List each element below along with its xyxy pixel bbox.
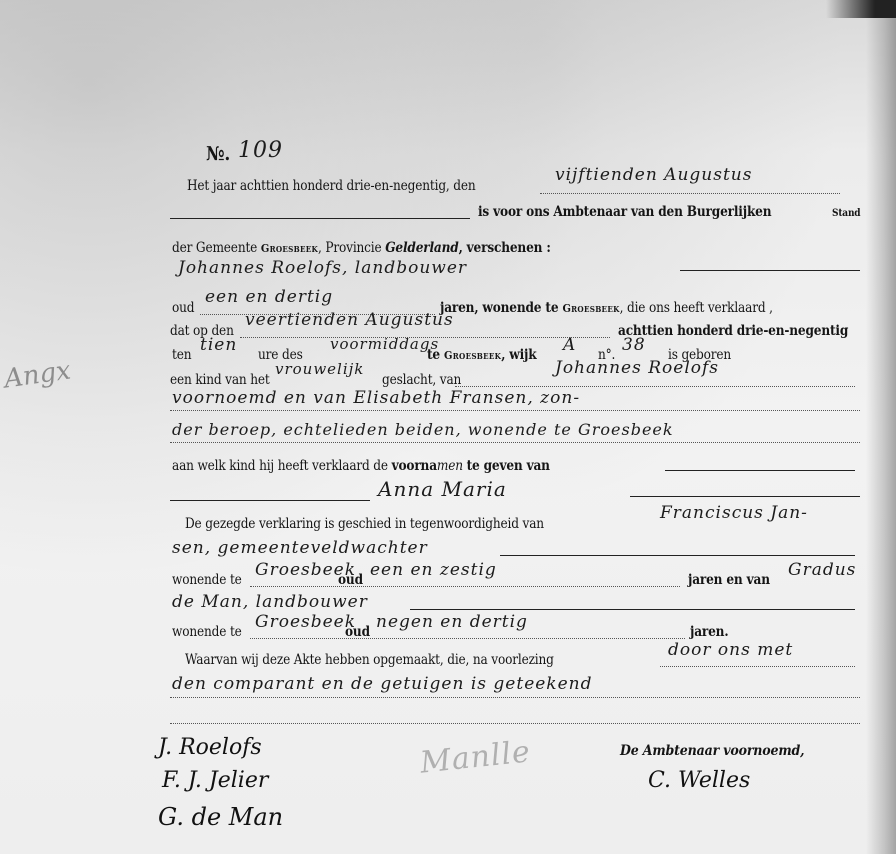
line16-dotted <box>250 638 685 639</box>
line9-dotted <box>170 410 860 411</box>
declarant-residence: Groesbeek <box>562 302 619 315</box>
line2-printed: is voor ons Ambtenaar van den Burgerlijk… <box>478 204 771 220</box>
oud-label: oud <box>172 300 194 316</box>
signature-official: C. Welles <box>648 768 750 793</box>
line7-te: te Groesbeek, wijk <box>427 347 536 363</box>
verklaard-de-label: aan welk kind hij heeft verklaard de <box>172 458 388 474</box>
te-label: te <box>427 347 440 363</box>
verklaring-label: De gezegde verklaring is geschied in teg… <box>185 516 544 532</box>
geslacht-label: geslacht, van <box>382 372 461 388</box>
line10-rule <box>665 470 855 471</box>
closing-handwritten-a: door ons met <box>668 640 793 660</box>
act-number-value: 109 <box>238 138 283 163</box>
birth-place: Groesbeek <box>444 349 501 362</box>
line1-dotted-field <box>540 193 840 194</box>
voornamen-suffix: men <box>437 458 463 474</box>
line19-dotted <box>170 723 860 724</box>
page-corner-shadow <box>826 0 896 18</box>
witness2-name-b: de Man, landbouwer <box>172 592 368 612</box>
provincie-label: , Provincie <box>318 240 382 256</box>
line5-printed: jaren, wonende te Groesbeek, die ons hee… <box>440 300 773 316</box>
line17-dotted <box>660 666 855 667</box>
signature-witness2: G. de Man <box>158 803 283 831</box>
jaren-wonende-label: jaren, wonende te <box>440 300 558 316</box>
gemeente-label: der Gemeente <box>172 240 257 256</box>
line8-dotted <box>455 386 855 387</box>
jaren-en-van-label: jaren en van <box>688 572 770 588</box>
wonende-te-label-1: wonende te <box>172 572 242 588</box>
line2-stand: Stand <box>832 208 860 219</box>
closing-handwritten-b: den comparant en de getuigen is geteeken… <box>172 674 593 694</box>
municipality: Groesbeek <box>261 242 318 255</box>
witness2-age: negen en dertig <box>376 612 528 632</box>
line6-year: achttien honderd drie-en-negentig <box>618 323 848 339</box>
te-geven-label: te geven van <box>467 458 550 474</box>
child-name: Anna Maria <box>378 477 507 501</box>
line11-rule-left <box>170 500 370 501</box>
official-label: De Ambtenaar voornoemd, <box>620 743 804 759</box>
line2-rule <box>170 218 470 219</box>
declarant-name-occupation: Johannes Roelofs, landbouwer <box>178 258 467 278</box>
birth-hour: tien <box>200 335 237 355</box>
verschenen-label: , verschenen : <box>459 240 551 256</box>
witness1-age: een en zestig <box>370 560 497 580</box>
line1-date: vijftienden Augustus <box>555 165 752 185</box>
document-page: №. 109 Het jaar achttien honderd drie-en… <box>0 0 896 854</box>
witness1-name-b: sen, gemeenteveldwachter <box>172 538 428 558</box>
witness2-residence: Groesbeek <box>255 612 356 632</box>
line1-printed: Het jaar achttien honderd drie-en-negent… <box>187 178 476 194</box>
bleed-through-text: Manlle <box>418 734 532 780</box>
line11-rule-right <box>630 496 860 497</box>
mother-line-b: der beroep, echtelieden beiden, wonende … <box>172 420 674 439</box>
line4-rule <box>680 270 860 271</box>
line9b-dotted <box>170 442 860 443</box>
house-number: 38 <box>622 335 646 355</box>
mother-line-a: voornoemd en van Elisabeth Fransen, zon- <box>172 388 580 408</box>
child-sex: vrouwelijk <box>275 360 364 378</box>
wijk-value: A <box>563 335 576 355</box>
page-edge-shadow <box>866 0 896 854</box>
witness1-name-a: Franciscus Jan- <box>660 503 808 523</box>
signature-declarant: J. Roelofs <box>158 735 262 760</box>
declarant-age: een en dertig <box>205 287 333 307</box>
father-name: Johannes Roelofs <box>555 358 719 378</box>
line18-dotted <box>170 697 860 698</box>
line15-rule <box>410 609 855 610</box>
line14-dotted <box>250 586 680 587</box>
een-kind-label: een kind van het <box>170 372 270 388</box>
voornamen-label: voorna <box>392 458 437 474</box>
line10-printed: aan welk kind hij heeft verklaard de voo… <box>172 458 550 474</box>
signature-witness1: F. J. Jelier <box>162 768 268 793</box>
wonende-te-label-2: wonende te <box>172 624 242 640</box>
province: Gelderland <box>385 240 458 256</box>
jaren-label: jaren. <box>690 624 728 640</box>
waarvan-label: Waarvan wij deze Akte hebben opgemaakt, … <box>185 652 554 668</box>
margin-annotation: Angx <box>2 355 72 394</box>
line3-printed-a: der Gemeente Groesbeek, Provincie Gelder… <box>172 240 551 256</box>
birth-daypart: voormiddags <box>330 335 439 353</box>
act-number-label: №. <box>206 143 230 165</box>
birth-date: veertienden Augustus <box>245 310 454 330</box>
ten-label: ten <box>172 347 191 363</box>
wijk-label: , wijk <box>501 347 536 363</box>
witness2-name-a: Gradus <box>788 560 856 580</box>
line13-rule <box>500 555 855 556</box>
verklaard-label: , die ons heeft verklaard , <box>620 300 773 316</box>
